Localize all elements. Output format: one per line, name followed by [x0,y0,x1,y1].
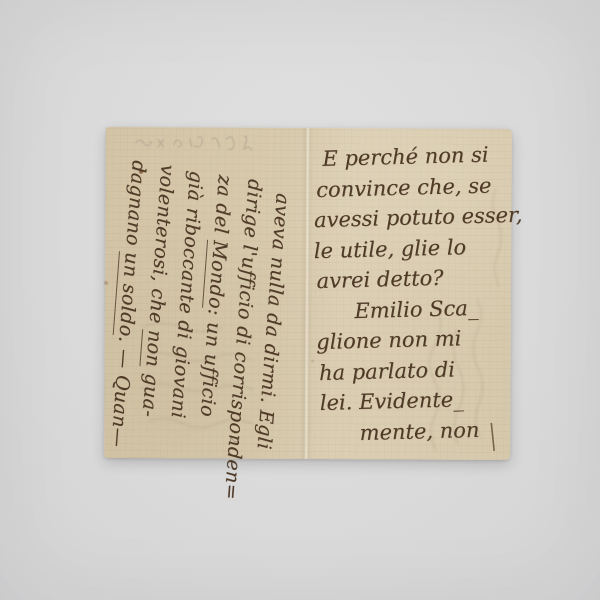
letter-bifolium: aveva nulla da dirmi. Eglidirige l'uffic… [104,127,512,460]
pencil-page-number: 2 [227,436,240,444]
handwriting-line: avessi potuto esser, [312,200,513,236]
pencil-inscription-icon [136,136,252,151]
photo-background: aveva nulla da dirmi. Eglidirige l'uffic… [0,0,600,600]
right-page-text: E perché non siconvince che, seavessi po… [310,139,518,449]
foxing-spot [103,280,109,286]
left-page-text: aveva nulla da dirmi. Eglidirige l'uffic… [101,159,298,457]
handwriting-line: E perché non si [310,139,511,175]
handwriting-line: mente, non [317,413,518,449]
foxing-spot [311,359,315,363]
